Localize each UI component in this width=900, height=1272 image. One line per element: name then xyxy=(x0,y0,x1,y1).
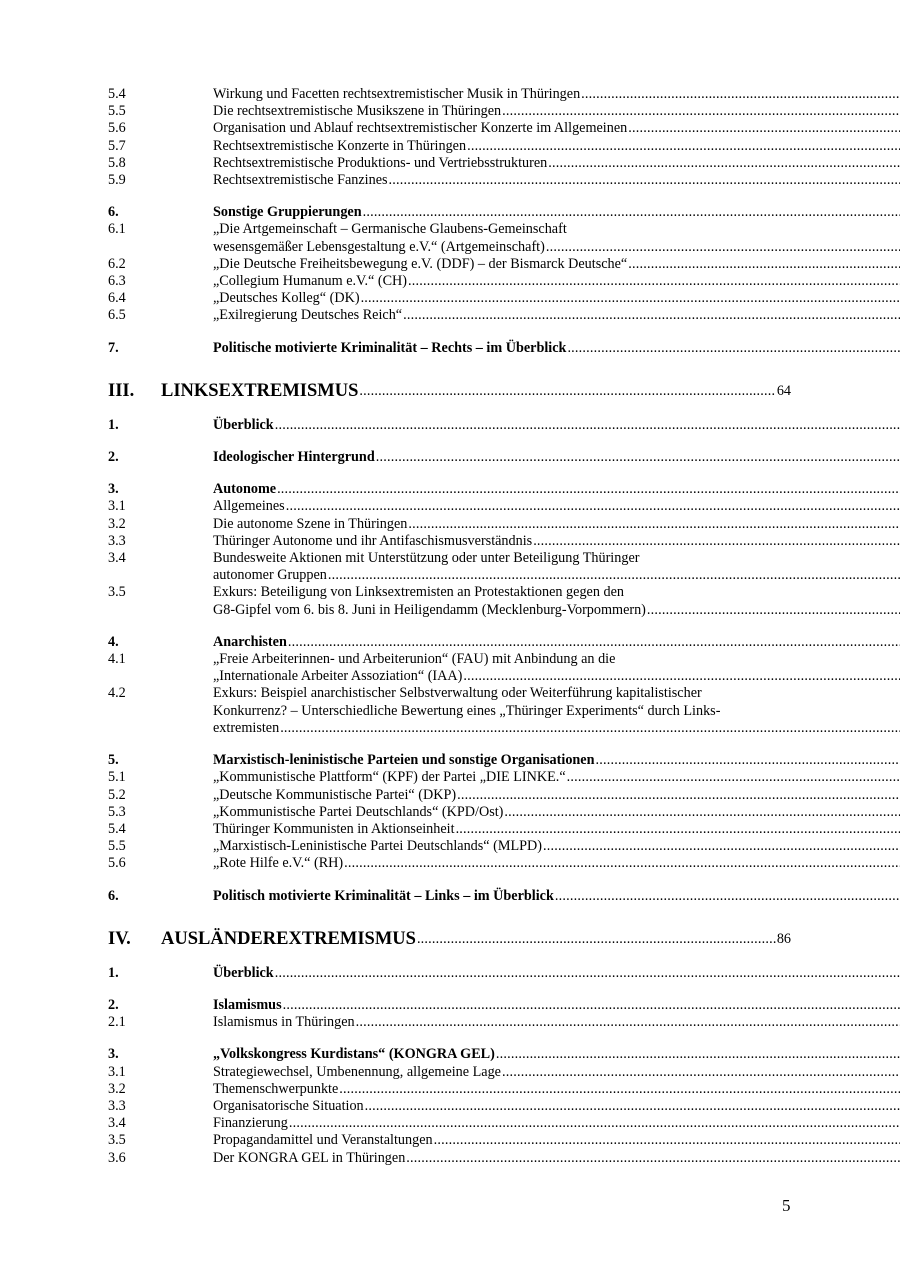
dot-leader xyxy=(548,155,900,172)
entry-title-line: Ideologischer Hintergrund xyxy=(213,449,375,466)
entry-number: 2. xyxy=(108,997,119,1014)
toc-entry[interactable]: 4.Anarchisten75 xyxy=(108,634,791,651)
entry-title-line: Exkurs: Beteiligung von Linksextremisten… xyxy=(213,584,624,601)
entry-number: 6. xyxy=(108,888,119,905)
entry-title: Exkurs: Beteiligung von Linksextremisten… xyxy=(213,584,900,618)
toc-entry[interactable]: 6.1„Die Artgemeinschaft – Germanische Gl… xyxy=(108,221,791,255)
entry-title: „Rote Hilfe e.V.“ (RH)84 xyxy=(213,855,900,872)
dot-leader xyxy=(344,855,900,872)
dot-leader xyxy=(502,1064,900,1081)
entry-title: Anarchisten75 xyxy=(213,634,900,651)
entry-title: „Exilregierung Deutsches Reich“62 xyxy=(213,307,900,324)
dot-leader xyxy=(555,888,900,905)
toc-entry[interactable]: 3.5Propagandamittel und Veranstaltungen9… xyxy=(108,1132,791,1149)
toc-entry[interactable]: 3.2Die autonome Szene in Thüringen68 xyxy=(108,516,791,533)
entry-number: 5.4 xyxy=(108,821,126,838)
entry-title: „Die Deutsche Freiheitsbewegung e.V. (DD… xyxy=(213,256,900,273)
dot-leader xyxy=(361,290,900,307)
entry-number: 5.4 xyxy=(108,86,126,103)
dot-leader xyxy=(277,481,900,498)
toc-entry[interactable]: 5.Marxistisch-leninistische Parteien und… xyxy=(108,752,791,769)
entry-title-line: Autonome xyxy=(213,481,276,498)
entry-title: Rechtsextremistische Fanzines60 xyxy=(213,172,900,189)
dot-leader xyxy=(456,821,900,838)
entry-title-line: Allgemeines xyxy=(213,498,285,515)
entry-title: Organisatorische Situation92 xyxy=(213,1098,900,1115)
toc-block: 5.Marxistisch-leninistische Parteien und… xyxy=(108,752,791,872)
dot-leader xyxy=(533,533,900,550)
entry-number: 5.8 xyxy=(108,155,126,172)
toc-block: 1.Überblick64 xyxy=(108,417,791,434)
entry-title: Islamismus88 xyxy=(213,997,900,1014)
entry-title-line: „Deutsches Kolleg“ (DK) xyxy=(213,290,360,307)
entry-title-line: Politisch motivierte Kriminalität – Link… xyxy=(213,888,554,905)
toc-entry[interactable]: 4.2Exkurs: Beispiel anarchistischer Selb… xyxy=(108,685,791,737)
entry-title-line: Überblick xyxy=(213,417,274,434)
dot-leader xyxy=(504,804,900,821)
toc-block: 6.Politisch motivierte Kriminalität – Li… xyxy=(108,888,791,905)
entry-title: „Volkskongress Kurdistans“ (KONGRA GEL)9… xyxy=(213,1046,900,1063)
part-page: 64 xyxy=(777,380,791,402)
toc-entry[interactable]: 1.Überblick64 xyxy=(108,417,791,434)
toc-entry[interactable]: 3.4Bundesweite Aktionen mit Unterstützun… xyxy=(108,550,791,584)
entry-title-line: Themenschwerpunkte xyxy=(213,1081,338,1098)
toc-entry[interactable]: 5.5„Marxistisch-Leninistische Partei Deu… xyxy=(108,838,791,855)
dot-leader xyxy=(467,138,900,155)
dot-leader xyxy=(567,340,900,357)
dot-leader xyxy=(376,449,900,466)
entry-title: „Deutsche Kommunistische Partei“ (DKP)78 xyxy=(213,787,900,804)
dot-leader xyxy=(408,516,900,533)
toc-entry[interactable]: 3.Autonome65 xyxy=(108,481,791,498)
entry-title: Finanzierung93 xyxy=(213,1115,900,1132)
dot-leader xyxy=(417,928,776,950)
entry-title: Exkurs: Beispiel anarchistischer Selbstv… xyxy=(213,685,900,737)
entry-title-line: Sonstige Gruppierungen xyxy=(213,204,362,221)
entry-number: 3.3 xyxy=(108,533,126,550)
entry-title-line: G8-Gipfel vom 6. bis 8. Juni in Heiligen… xyxy=(213,602,646,619)
dot-leader xyxy=(496,1046,900,1063)
entry-number: 4. xyxy=(108,634,119,651)
table-of-contents: 5.4Wirkung und Facetten rechtsextremisti… xyxy=(108,86,791,1167)
entry-title: Ideologischer Hintergrund65 xyxy=(213,449,900,466)
entry-number: 5.2 xyxy=(108,787,126,804)
part-title: LINKSEXTREMISMUS xyxy=(161,380,358,402)
entry-number: 5.6 xyxy=(108,855,126,872)
entry-number: 3. xyxy=(108,1046,119,1063)
entry-number: 6.3 xyxy=(108,273,126,290)
entry-title: Islamismus in Thüringen90 xyxy=(213,1014,900,1031)
entry-title-line: „Deutsche Kommunistische Partei“ (DKP) xyxy=(213,787,456,804)
entry-title-line: extremisten xyxy=(213,720,279,737)
entry-title: Autonome65 xyxy=(213,481,900,498)
entry-title-line: Thüringer Autonome und ihr Antifaschismu… xyxy=(213,533,532,550)
toc-block: 5.4Wirkung und Facetten rechtsextremisti… xyxy=(108,86,791,189)
entry-title-line: Propagandamittel und Veranstaltungen xyxy=(213,1132,433,1149)
entry-title-line: Die rechtsextremistische Musikszene in T… xyxy=(213,103,501,120)
dot-leader xyxy=(275,417,900,434)
entry-number: 4.1 xyxy=(108,651,126,668)
entry-title-line: „Collegium Humanum e.V.“ (CH) xyxy=(213,273,407,290)
toc-entry[interactable]: 3.6Der KONGRA GEL in Thüringen93 xyxy=(108,1150,791,1167)
entry-title: Strategiewechsel, Umbenennung, allgemein… xyxy=(213,1064,900,1081)
part-number: IV. xyxy=(108,928,161,950)
entry-title: Themenschwerpunkte92 xyxy=(213,1081,900,1098)
entry-number: 5.7 xyxy=(108,138,126,155)
entry-title-line: Finanzierung xyxy=(213,1115,288,1132)
dot-leader xyxy=(339,1081,900,1098)
toc-entry[interactable]: 5.6Organisation und Ablauf rechtsextremi… xyxy=(108,120,791,137)
entry-number: 6.2 xyxy=(108,256,126,273)
entry-title: Bundesweite Aktionen mit Unterstützung o… xyxy=(213,550,900,584)
dot-leader xyxy=(408,273,900,290)
entry-number: 5.9 xyxy=(108,172,126,189)
entry-title-line: „Volkskongress Kurdistans“ (KONGRA GEL) xyxy=(213,1046,495,1063)
toc-block: 3.Autonome653.1Allgemeines653.2Die auton… xyxy=(108,481,791,619)
dot-leader xyxy=(567,769,900,786)
dot-leader xyxy=(280,720,900,737)
entry-number: 5.5 xyxy=(108,838,126,855)
toc-entry[interactable]: 6.3„Collegium Humanum e.V.“ (CH)61 xyxy=(108,273,791,290)
entry-title: Rechtsextremistische Produktions- und Ve… xyxy=(213,155,900,172)
entry-title: „Kommunistische Partei Deutschlands“ (KP… xyxy=(213,804,900,821)
entry-title: Politische motivierte Kriminalität – Rec… xyxy=(213,340,900,357)
entry-title: Überblick86 xyxy=(213,965,900,982)
entry-title: Die autonome Szene in Thüringen68 xyxy=(213,516,900,533)
toc-entry[interactable]: 2.1Islamismus in Thüringen90 xyxy=(108,1014,791,1031)
toc-entry[interactable]: 5.2„Deutsche Kommunistische Partei“ (DKP… xyxy=(108,787,791,804)
dot-leader xyxy=(628,256,900,273)
toc-entry[interactable]: 3.5Exkurs: Beteiligung von Linksextremis… xyxy=(108,584,791,618)
entry-title-line: „Die Artgemeinschaft – Germanische Glaub… xyxy=(213,221,567,238)
entry-title-line: „Kommunistische Partei Deutschlands“ (KP… xyxy=(213,804,503,821)
entry-title-line: Konkurrenz? – Unterschiedliche Bewertung… xyxy=(213,703,720,720)
entry-title-line: „Kommunistische Plattform“ (KPF) der Par… xyxy=(213,769,566,786)
entry-number: 5. xyxy=(108,752,119,769)
entry-title: Die rechtsextremistische Musikszene in T… xyxy=(213,103,900,120)
entry-title: Organisation und Ablauf rechtsextremisti… xyxy=(213,120,900,137)
toc-entry[interactable]: 3.„Volkskongress Kurdistans“ (KONGRA GEL… xyxy=(108,1046,791,1063)
entry-title: Politisch motivierte Kriminalität – Link… xyxy=(213,888,900,905)
dot-leader xyxy=(283,997,900,1014)
entry-title-line: Rechtsextremistische Konzerte in Thüring… xyxy=(213,138,466,155)
entry-number: 3. xyxy=(108,481,119,498)
entry-number: 3.5 xyxy=(108,1132,126,1149)
part-number: III. xyxy=(108,380,161,402)
dot-leader xyxy=(457,787,900,804)
entry-title: Sonstige Gruppierungen60 xyxy=(213,204,900,221)
entry-number: 5.3 xyxy=(108,804,126,821)
toc-entry[interactable]: 1.Überblick86 xyxy=(108,965,791,982)
toc-block: 2.Ideologischer Hintergrund65 xyxy=(108,449,791,466)
toc-entry[interactable]: 3.3Organisatorische Situation92 xyxy=(108,1098,791,1115)
entry-title-line: Organisatorische Situation xyxy=(213,1098,364,1115)
entry-number: 5.5 xyxy=(108,103,126,120)
dot-leader xyxy=(359,380,775,402)
toc-block: 1.Überblick86 xyxy=(108,965,791,982)
entry-title: „Deutsches Kolleg“ (DK)61 xyxy=(213,290,900,307)
dot-leader xyxy=(288,634,900,651)
dot-leader xyxy=(403,307,900,324)
dot-leader xyxy=(356,1014,900,1031)
entry-title-line: Die autonome Szene in Thüringen xyxy=(213,516,407,533)
toc-entry[interactable]: 7.Politische motivierte Kriminalität – R… xyxy=(108,340,791,357)
entry-number: 6.5 xyxy=(108,307,126,324)
toc-entry[interactable]: 2.Islamismus88 xyxy=(108,997,791,1014)
entry-title: Thüringer Kommunisten in Aktionseinheit8… xyxy=(213,821,900,838)
entry-title-line: Exkurs: Beispiel anarchistischer Selbstv… xyxy=(213,685,702,702)
toc-block: 4.Anarchisten754.1„Freie Arbeiterinnen- … xyxy=(108,634,791,737)
dot-leader xyxy=(286,498,900,515)
entry-title: „Freie Arbeiterinnen- und Arbeiterunion“… xyxy=(213,651,900,685)
dot-leader xyxy=(502,103,900,120)
part-title: AUSLÄNDEREXTREMISMUS xyxy=(161,928,416,950)
entry-number: 6. xyxy=(108,204,119,221)
entry-title: Rechtsextremistische Konzerte in Thüring… xyxy=(213,138,900,155)
dot-leader xyxy=(406,1150,900,1167)
entry-title-line: Strategiewechsel, Umbenennung, allgemein… xyxy=(213,1064,501,1081)
entry-title-line: Anarchisten xyxy=(213,634,287,651)
entry-title: „Marxistisch-Leninistische Partei Deutsc… xyxy=(213,838,900,855)
entry-title: Thüringer Autonome und ihr Antifaschismu… xyxy=(213,533,900,550)
toc-entry[interactable]: 3.1Strategiewechsel, Umbenennung, allgem… xyxy=(108,1064,791,1081)
entry-number: 7. xyxy=(108,340,119,357)
toc-entry[interactable]: 5.4Wirkung und Facetten rechtsextremisti… xyxy=(108,86,791,103)
entry-title-line: Überblick xyxy=(213,965,274,982)
dot-leader xyxy=(546,239,900,256)
entry-number: 6.1 xyxy=(108,221,126,238)
entry-title-line: „Marxistisch-Leninistische Partei Deutsc… xyxy=(213,838,542,855)
toc-entry[interactable]: 4.1„Freie Arbeiterinnen- und Arbeiteruni… xyxy=(108,651,791,685)
dot-leader xyxy=(596,752,900,769)
dot-leader xyxy=(389,172,900,189)
entry-number: 2. xyxy=(108,449,119,466)
entry-title-line: Politische motivierte Kriminalität – Rec… xyxy=(213,340,566,357)
entry-number: 1. xyxy=(108,417,119,434)
toc-block: 2.Islamismus882.1Islamismus in Thüringen… xyxy=(108,997,791,1031)
entry-title-line: wesensgemäßer Lebensgestaltung e.V.“ (Ar… xyxy=(213,239,545,256)
dot-leader xyxy=(275,965,900,982)
entry-title-line: Organisation und Ablauf rechtsextremisti… xyxy=(213,120,627,137)
toc-block: 6.Sonstige Gruppierungen606.1„Die Artgem… xyxy=(108,204,791,324)
entry-number: 1. xyxy=(108,965,119,982)
toc-entry[interactable]: 5.9Rechtsextremistische Fanzines60 xyxy=(108,172,791,189)
toc-entry[interactable]: 5.7Rechtsextremistische Konzerte in Thür… xyxy=(108,138,791,155)
entry-title: „Die Artgemeinschaft – Germanische Glaub… xyxy=(213,221,900,255)
dot-leader xyxy=(628,120,900,137)
dot-leader xyxy=(289,1115,900,1132)
dot-leader xyxy=(328,567,900,584)
entry-number: 3.1 xyxy=(108,1064,126,1081)
dot-leader xyxy=(463,668,900,685)
entry-title-line: Islamismus xyxy=(213,997,282,1014)
toc-entry[interactable]: 5.3„Kommunistische Partei Deutschlands“ … xyxy=(108,804,791,821)
dot-leader xyxy=(365,1098,900,1115)
entry-title: Propagandamittel und Veranstaltungen93 xyxy=(213,1132,900,1149)
dot-leader xyxy=(363,204,900,221)
toc-entry[interactable]: 3.1Allgemeines65 xyxy=(108,498,791,515)
dot-leader xyxy=(434,1132,900,1149)
toc-entry[interactable]: 3.4Finanzierung93 xyxy=(108,1115,791,1132)
toc-entry[interactable]: 6.2„Die Deutsche Freiheitsbewegung e.V. … xyxy=(108,256,791,273)
entry-title-line: Thüringer Kommunisten in Aktionseinheit xyxy=(213,821,455,838)
entry-number: 3.1 xyxy=(108,498,126,515)
toc-entry[interactable]: 3.2Themenschwerpunkte92 xyxy=(108,1081,791,1098)
entry-title: Marxistisch-leninistische Parteien und s… xyxy=(213,752,900,769)
entry-number: 3.3 xyxy=(108,1098,126,1115)
toc-entry[interactable]: 6.Politisch motivierte Kriminalität – Li… xyxy=(108,888,791,905)
toc-entry[interactable]: 5.6„Rote Hilfe e.V.“ (RH)84 xyxy=(108,855,791,872)
dot-leader xyxy=(581,86,900,103)
entry-title-line: Marxistisch-leninistische Parteien und s… xyxy=(213,752,595,769)
entry-number: 3.4 xyxy=(108,1115,126,1132)
toc-entry[interactable]: 2.Ideologischer Hintergrund65 xyxy=(108,449,791,466)
entry-title-line: „Internationale Arbeiter Assoziation“ (I… xyxy=(213,668,462,685)
dot-leader xyxy=(647,602,900,619)
toc-entry[interactable]: 5.5Die rechtsextremistische Musikszene i… xyxy=(108,103,791,120)
entry-number: 3.5 xyxy=(108,584,126,601)
toc-entry[interactable]: 6.Sonstige Gruppierungen60 xyxy=(108,204,791,221)
entry-title-line: „Exilregierung Deutsches Reich“ xyxy=(213,307,402,324)
toc-entry[interactable]: 5.8Rechtsextremistische Produktions- und… xyxy=(108,155,791,172)
entry-title-line: „Die Deutsche Freiheitsbewegung e.V. (DD… xyxy=(213,256,627,273)
entry-number: 3.2 xyxy=(108,516,126,533)
entry-title: Allgemeines65 xyxy=(213,498,900,515)
entry-title-line: Rechtsextremistische Produktions- und Ve… xyxy=(213,155,547,172)
dot-leader xyxy=(543,838,900,855)
toc-entry[interactable]: 3.3Thüringer Autonome und ihr Antifaschi… xyxy=(108,533,791,550)
toc-entry[interactable]: 6.5„Exilregierung Deutsches Reich“62 xyxy=(108,307,791,324)
entry-number: 6.4 xyxy=(108,290,126,307)
entry-number: 2.1 xyxy=(108,1014,126,1031)
toc-block: 3.„Volkskongress Kurdistans“ (KONGRA GEL… xyxy=(108,1046,791,1166)
toc-entry[interactable]: 5.1„Kommunistische Plattform“ (KPF) der … xyxy=(108,769,791,786)
entry-title-line: autonomer Gruppen xyxy=(213,567,327,584)
toc-part-heading[interactable]: IV. AUSLÄNDEREXTREMISMUS 86 xyxy=(108,928,791,950)
entry-number: 3.4 xyxy=(108,550,126,567)
entry-title: „Kommunistische Plattform“ (KPF) der Par… xyxy=(213,769,900,786)
entry-title: „Collegium Humanum e.V.“ (CH)61 xyxy=(213,273,900,290)
entry-title: Überblick64 xyxy=(213,417,900,434)
entry-title: Der KONGRA GEL in Thüringen93 xyxy=(213,1150,900,1167)
entry-number: 5.6 xyxy=(108,120,126,137)
entry-number: 3.2 xyxy=(108,1081,126,1098)
toc-block: 7.Politische motivierte Kriminalität – R… xyxy=(108,340,791,357)
entry-number: 3.6 xyxy=(108,1150,126,1167)
entry-number: 4.2 xyxy=(108,685,126,702)
entry-title-line: „Rote Hilfe e.V.“ (RH) xyxy=(213,855,343,872)
entry-title-line: Der KONGRA GEL in Thüringen xyxy=(213,1150,405,1167)
entry-number: 5.1 xyxy=(108,769,126,786)
entry-title-line: Islamismus in Thüringen xyxy=(213,1014,355,1031)
part-page: 86 xyxy=(777,928,791,950)
entry-title-line: Wirkung und Facetten rechtsextremistisch… xyxy=(213,86,580,103)
toc-part-heading[interactable]: III. LINKSEXTREMISMUS 64 xyxy=(108,380,791,402)
entry-title: Wirkung und Facetten rechtsextremistisch… xyxy=(213,86,900,103)
entry-title-line: Bundesweite Aktionen mit Unterstützung o… xyxy=(213,550,639,567)
entry-title-line: Rechtsextremistische Fanzines xyxy=(213,172,388,189)
toc-entry[interactable]: 6.4„Deutsches Kolleg“ (DK)61 xyxy=(108,290,791,307)
entry-title-line: „Freie Arbeiterinnen- und Arbeiterunion“… xyxy=(213,651,615,668)
toc-entry[interactable]: 5.4Thüringer Kommunisten in Aktionseinhe… xyxy=(108,821,791,838)
page-number: 5 xyxy=(782,1196,791,1216)
